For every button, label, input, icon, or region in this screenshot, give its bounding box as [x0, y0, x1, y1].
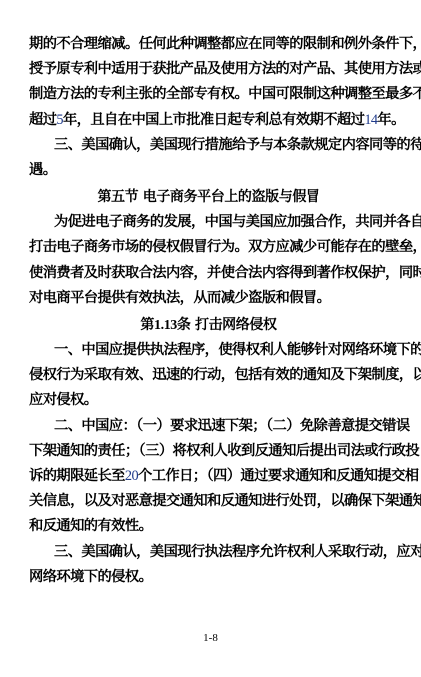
page-number: 1-8 [0, 632, 421, 644]
body-line: 遇。 [29, 158, 388, 183]
body-line: 使消费者及时获取合法内容，并使合法内容得到著作权保护，同时， [29, 261, 388, 286]
body-line: 三、美国确认，美国现行措施给予与本条款规定内容同等的待 [29, 133, 388, 158]
body-line: 下架通知的责任；（三）将权利人收到反通知后提出司法或行政投 [29, 439, 388, 464]
body-line: 三、美国确认，美国现行执法程序允许权利人采取行动，应对 [29, 540, 388, 565]
number: 14 [364, 112, 377, 128]
body-line: 一、中国应提供执法程序，使得权利人能够针对网络环境下的 [29, 338, 388, 363]
article-heading: 第1.13条 打击网络侵权 [29, 313, 388, 338]
text: 年。 [377, 112, 404, 128]
text: 年，且自在中国上市批准日起专利总有效期不超过 [63, 112, 364, 128]
document-page: 期的不合理缩减。任何此种调整都应在同等的限制和例外条件下， 授予原专利中适用于获… [29, 32, 388, 590]
text: 诉的期限延长至 [29, 468, 125, 484]
body-line: 应对侵权。 [29, 388, 388, 413]
body-line: 打击电子商务市场的侵权假冒行为。双方应减少可能存在的壁垒， [29, 235, 388, 260]
section-heading: 第五节 电子商务平台上的盗版与假冒 [29, 185, 388, 210]
article-number: 1.13 [154, 318, 177, 333]
body-line: 超过5年，且自在中国上市批准日起专利总有效期不超过14年。 [29, 108, 388, 133]
text: 条 打击网络侵权 [177, 317, 277, 333]
body-line: 授予原专利中适用于获批产品及使用方法的对产品、其使用方法或 [29, 57, 388, 82]
text: 个工作日；（四）通过要求通知和反通知提交相 [138, 468, 418, 484]
body-line: 对电商平台提供有效执法，从而减少盗版和假冒。 [29, 286, 388, 311]
body-line: 侵权行为采取有效、迅速的行动，包括有效的通知及下架制度，以 [29, 363, 388, 388]
body-line: 关信息，以及对恶意提交通知和反通知进行处罚，以确保下架通知 [29, 489, 388, 514]
text: 第 [140, 317, 154, 333]
text: 超过 [29, 112, 56, 128]
body-line: 为促进电子商务的发展，中国与美国应加强合作，共同并各自 [29, 210, 388, 235]
number: 20 [125, 468, 138, 484]
body-line: 二、中国应：（一）要求迅速下架；（二）免除善意提交错误 [29, 414, 388, 439]
body-line: 和反通知的有效性。 [29, 514, 388, 539]
body-line: 网络环境下的侵权。 [29, 565, 388, 590]
body-line: 诉的期限延长至20个工作日；（四）通过要求通知和反通知提交相 [29, 464, 388, 489]
body-line: 制造方法的专利主张的全部专有权。中国可限制这种调整至最多不 [29, 82, 388, 107]
body-line: 期的不合理缩减。任何此种调整都应在同等的限制和例外条件下， [29, 32, 388, 57]
